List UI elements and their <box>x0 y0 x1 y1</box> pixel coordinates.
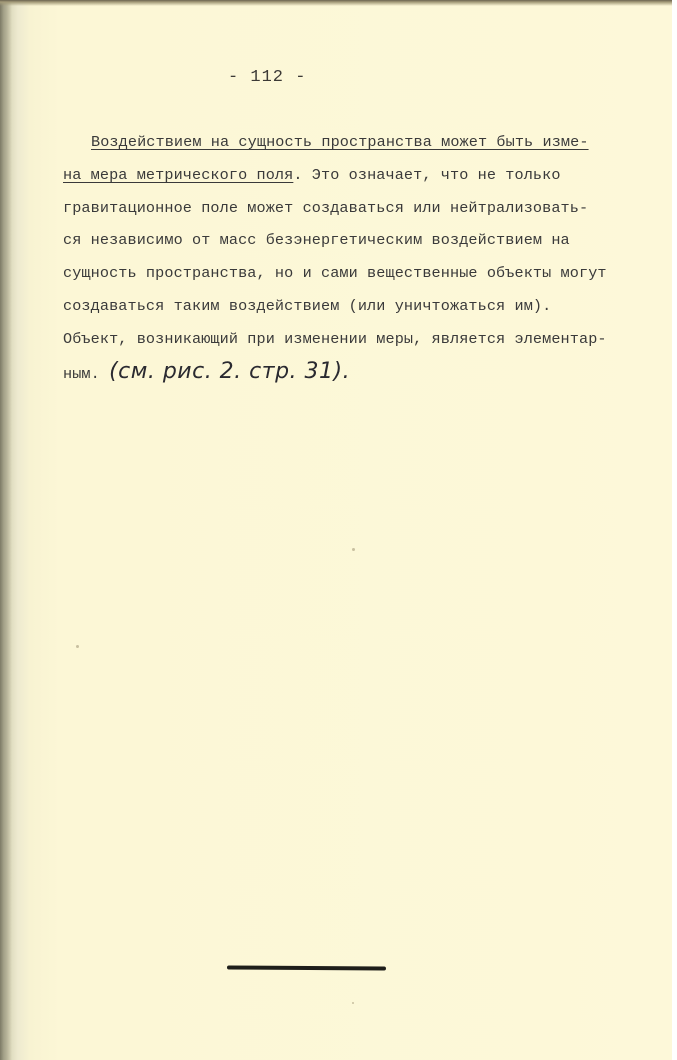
paper-speck <box>352 1002 354 1004</box>
paper-speck <box>352 548 355 551</box>
underlined-text: на мера метрического поля <box>63 166 293 184</box>
page-binding-shadow <box>0 0 12 1060</box>
text-line: Воздействием на сущность пространства мо… <box>63 126 643 159</box>
underlined-text: Воздействием на сущность пространства мо… <box>91 133 589 151</box>
paper-speck <box>76 645 79 648</box>
text-line: Объект, возникающий при изменении меры, … <box>63 323 643 356</box>
text-line: ным. (см. рис. 2. стр. 31). <box>63 356 643 389</box>
text-line: на мера метрического поля. Это означает,… <box>63 159 643 192</box>
text-line: гравитационное поле может создаваться ил… <box>63 192 643 225</box>
page-right-margin <box>672 0 677 1060</box>
page-top-shadow <box>0 0 672 6</box>
body-paragraph: Воздействием на сущность пространства мо… <box>63 126 643 388</box>
handwritten-note: (см. рис. 2. стр. 31). <box>109 359 350 384</box>
text-line: ся независимо от масс безэнергетическим … <box>63 224 643 257</box>
text-line: сущность пространства, но и сами веществ… <box>63 257 643 290</box>
page-number: - 112 - <box>228 68 306 87</box>
text-line: создаваться таким воздействием (или унич… <box>63 290 643 323</box>
